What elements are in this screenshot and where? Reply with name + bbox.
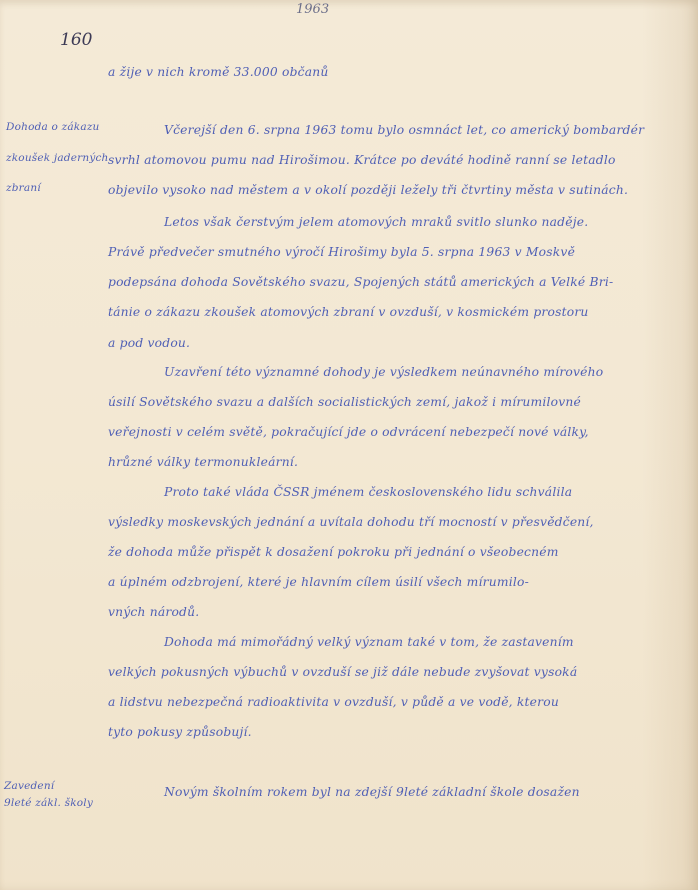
opening-line: a žije v nich kromě 33.000 občanů <box>108 66 329 78</box>
text-line: tyto pokusy způsobují. <box>108 726 252 738</box>
text-line: objevilo vysoko nad městem a v okolí poz… <box>108 184 628 196</box>
text-line: hrůzné války termonukleární. <box>108 456 298 468</box>
text-line: Včerejší den 6. srpna 1963 tomu bylo osm… <box>164 124 644 136</box>
text-line: a lidstvu nebezpečná radioaktivita v ovz… <box>108 696 559 708</box>
page-number: 160 <box>60 30 92 50</box>
year-header: 1963 <box>296 2 329 17</box>
ledger-page: 1963 160 a žije v nich kromě 33.000 obča… <box>0 0 698 890</box>
text-line: Uzavření této významné dohody je výsledk… <box>164 366 603 378</box>
margin-note-line: Zavedení <box>4 781 54 792</box>
text-line: Proto také vláda ČSSR jménem českosloven… <box>164 486 572 498</box>
text-line: a úplném odzbrojení, které je hlavním cí… <box>108 576 529 588</box>
margin-note-line: zbraní <box>6 183 41 194</box>
margin-note-line: Dohoda o zákazu <box>6 122 100 133</box>
text-line: veřejnosti v celém světě, pokračující jd… <box>108 426 589 438</box>
text-line: úsilí Sovětského svazu a dalších sociali… <box>108 396 581 408</box>
text-line: Dohoda má mimořádný velký význam také v … <box>164 636 574 648</box>
text-line: a pod vodou. <box>108 337 190 349</box>
text-line: velkých pokusných výbuchů v ovzduší se j… <box>108 666 577 678</box>
margin-note-line: zkoušek jaderných <box>6 153 109 164</box>
text-line: vných národů. <box>108 606 199 618</box>
text-line: tánie o zákazu zkoušek atomových zbraní … <box>108 306 589 318</box>
text-line: svrhl atomovou pumu nad Hirošimou. Krátc… <box>108 154 616 166</box>
text-line: výsledky moskevských jednání a uvítala d… <box>108 516 594 528</box>
text-line: Právě předvečer smutného výročí Hirošimy… <box>108 246 575 258</box>
text-line: že dohoda může přispět k dosažení pokrok… <box>108 546 559 558</box>
text-line: Letos však čerstvým jelem atomových mrak… <box>164 216 588 228</box>
margin-note-line: 9leté zákl. školy <box>4 798 93 809</box>
text-line: podepsána dohoda Sovětského svazu, Spoje… <box>108 276 613 288</box>
text-line: Novým školním rokem byl na zdejší 9leté … <box>164 786 580 798</box>
